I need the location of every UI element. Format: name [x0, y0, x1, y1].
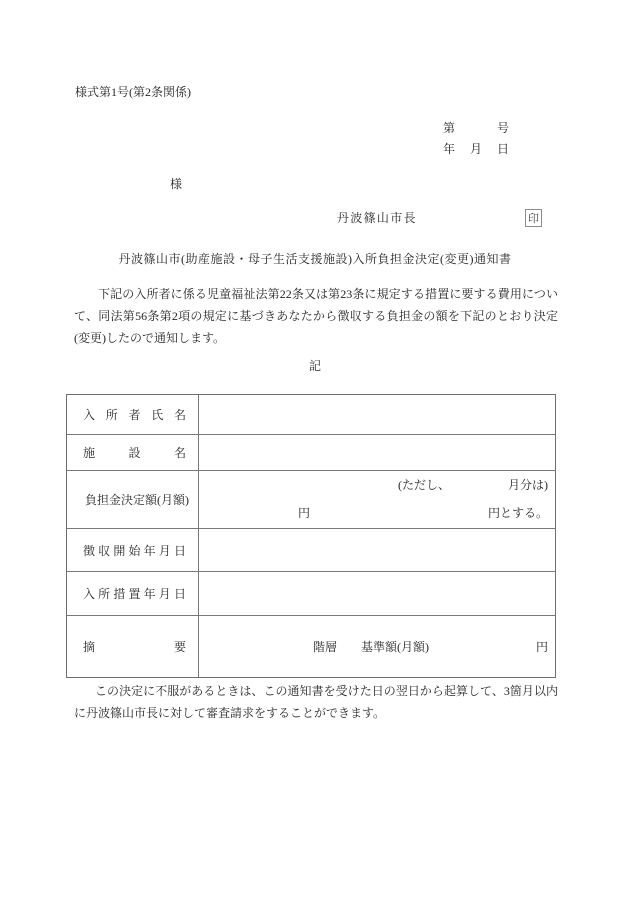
table-row-remarks: 摘要 階層 基準額(月額) 円: [67, 615, 555, 677]
payment-proviso-line: (ただし、 月分は): [199, 478, 555, 492]
row-label-admission-measure-date: 入所措置年月日: [67, 572, 199, 615]
row-label-resident-name: 入所者氏名: [67, 395, 199, 434]
yen-label: 円: [298, 506, 310, 520]
row-label-text: 入所措置年月日: [83, 585, 186, 602]
row-label-collection-start-date: 徴収開始年月日: [67, 529, 199, 571]
doc-number-suffix: 号: [497, 119, 509, 137]
admission-measure-date-field: [199, 572, 555, 615]
notification-document: 様式第1号(第2条関係) 第 号 年 月 日 様 丹波篠山市長 印 丹波篠山市(…: [0, 0, 630, 915]
doc-number-prefix: 第: [443, 119, 455, 137]
row-label-text: 入所者氏名: [83, 406, 186, 423]
body-paragraph: 下記の入所者に係る児童福祉法第22条又は第23条に規定する措置に要する費用につい…: [74, 283, 558, 349]
collection-start-date-field: [199, 529, 555, 571]
document-title: 丹波篠山市(助産施設・母子生活支援施設)入所負担金決定(変更)通知書: [0, 250, 630, 268]
row-label-text: 徴収開始年月日: [83, 542, 186, 559]
remarks-field: 階層 基準額(月額) 円: [199, 616, 555, 677]
table-row-collection-start-date: 徴収開始年月日: [67, 528, 555, 571]
proviso-close-label: 月分は): [508, 478, 548, 492]
row-label-payment-amount: 負担金決定額(月額): [67, 471, 199, 528]
facility-name-field: [199, 435, 555, 470]
payment-yen-line: 円 円とする。: [199, 506, 555, 520]
year-label: 年: [443, 140, 455, 158]
month-label: 月: [470, 140, 482, 158]
table-row-admission-measure-date: 入所措置年月日: [67, 571, 555, 615]
yen-closing-label: 円とする。: [488, 506, 548, 520]
form-number-label: 様式第1号(第2条関係): [75, 84, 191, 100]
sender-title: 丹波篠山市長: [337, 209, 417, 227]
table-row-facility-name: 施設名: [67, 434, 555, 470]
row-label-text: 負担金決定額(月額): [83, 491, 189, 508]
table-row-resident-name: 入所者氏名: [67, 395, 555, 434]
row-label-remarks: 摘要: [67, 616, 199, 677]
remarks-yen-label: 円: [536, 638, 548, 655]
day-label: 日: [497, 140, 509, 158]
resident-name-field: [199, 395, 555, 434]
proviso-open-label: (ただし、: [398, 478, 450, 492]
document-number-line: 第 号: [443, 119, 509, 137]
table-row-payment-amount: 負担金決定額(月額) (ただし、 月分は) 円 円とする。: [67, 470, 555, 528]
decision-table: 入所者氏名 施設名 負担金決定額(月額) (ただし、 月分は) 円: [66, 394, 556, 678]
appeal-paragraph: この決定に不服があるときは、この通知書を受けた日の翌日から起算して、3箇月以内に…: [74, 680, 558, 724]
date-line: 年 月 日: [443, 140, 509, 158]
tier-label: 階層: [313, 638, 337, 655]
seal-label: 印: [528, 210, 539, 226]
payment-amount-field: (ただし、 月分は) 円 円とする。: [199, 471, 555, 528]
row-label-text: 施設名: [83, 444, 186, 461]
base-amount-label: 基準額(月額): [361, 638, 429, 655]
seal-stamp-box: 印: [525, 209, 542, 227]
row-label-facility-name: 施設名: [67, 435, 199, 470]
row-label-text: 摘要: [83, 638, 186, 655]
addressee-honorific: 様: [170, 175, 182, 193]
record-heading: 記: [0, 358, 630, 374]
proviso-blank-space: [450, 478, 508, 492]
